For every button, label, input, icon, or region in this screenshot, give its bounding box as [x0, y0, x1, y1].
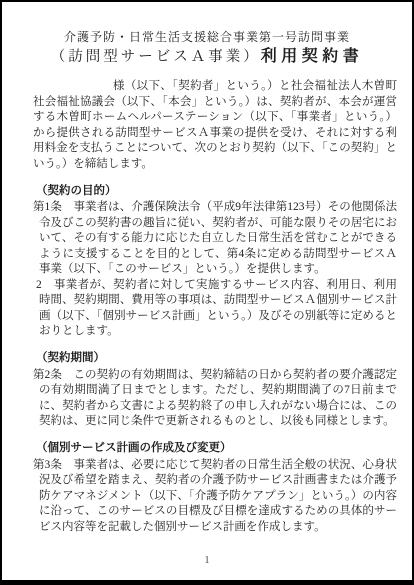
- section-contract-term: （契約期間） 第2条 この契約の有効期間は、契約締結の日から契約者の要介護認定の…: [33, 351, 397, 430]
- intro-paragraph: 様（以下、「契約者」という。）と社会福祉法人木曽町社会福祉協議会（以下、「本会」…: [33, 79, 397, 172]
- section-heading-contract-purpose: （契約の目的）: [36, 184, 397, 200]
- section-contract-purpose: （契約の目的） 第1条 事業者は、介護保険法令（平成9年法律第123号）その他関…: [33, 184, 397, 340]
- article-3-paragraph-1: 第3条 事業者は、必要に応じて契約者の日常生活全般の状況、心身状況及び希望を踏ま…: [33, 458, 397, 536]
- article-1-paragraph-2: 2 事業者が、契約者に対して実施するサービス内容、利用日、利用時間、契約期間、費…: [33, 278, 397, 340]
- section-heading-contract-term: （契約期間）: [36, 351, 397, 367]
- section-individual-service-plan: （個別サービス計画の作成及び変更） 第3条 事業者は、必要に応じて契約者の日常生…: [33, 441, 397, 535]
- document-supertitle: 介護予防・日常生活支援総合事業第一号訪問事業: [33, 30, 381, 45]
- contract-document-page: 介護予防・日常生活支援総合事業第一号訪問事業 （訪問型サービスＡ事業）利用契約書…: [0, 0, 414, 585]
- title-block: 介護予防・日常生活支援総合事業第一号訪問事業 （訪問型サービスＡ事業）利用契約書: [33, 30, 381, 67]
- article-1-paragraph-1: 第1条 事業者は、介護保険法令（平成9年法律第123号）その他関係法令及びこの契…: [33, 200, 397, 278]
- article-2-paragraph-1: 第2条 この契約の有効期間は、契約締結の日から契約者の要介護認定の有効期間満了日…: [33, 368, 397, 430]
- document-title-main: 利用契約書: [261, 48, 364, 65]
- section-heading-individual-service-plan: （個別サービス計画の作成及び変更）: [36, 441, 397, 457]
- page-number: 1: [2, 553, 412, 569]
- document-title-prefix: （訪問型サービスＡ事業）: [51, 49, 261, 65]
- document-title: （訪問型サービスＡ事業）利用契約書: [33, 47, 381, 67]
